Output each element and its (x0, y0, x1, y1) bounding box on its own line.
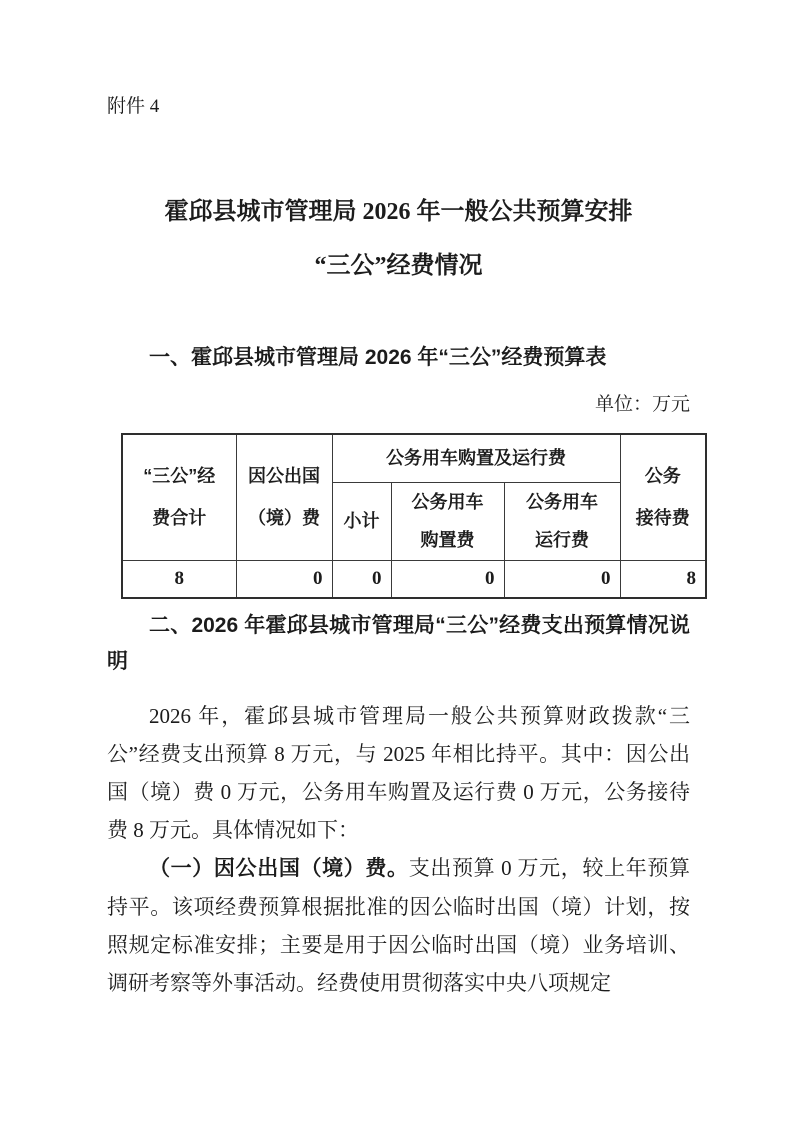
attachment-label: 附件 4 (107, 94, 690, 120)
column-header-subtotal: 小计 (332, 482, 391, 560)
paragraph-abroad: （一）因公出国（境）费。支出预算 0 万元，较上年预算持平。该项经费预算根据批准… (107, 849, 690, 1002)
column-group-header-vehicle: 公务用车购置及运行费 (332, 434, 620, 482)
value-abroad: 0 (236, 560, 332, 598)
unit-note: 单位：万元 (107, 393, 690, 417)
document-page: 附件 4 霍邱县城市管理局 2026 年一般公共预算安排 “三公”经费情况 一、… (0, 0, 793, 1122)
column-header-reception: 公务 接待费 (620, 434, 706, 560)
budget-table: “三公”经 费合计 因公出国 （境）费 公务用车购置及运行费 公务 接待费 小计… (121, 433, 707, 599)
section1-heading: 一、霍邱县城市管理局 2026 年“三公”经费预算表 (107, 344, 690, 372)
document-title-line1: 霍邱县城市管理局 2026 年一般公共预算安排 (107, 185, 690, 239)
value-subtotal: 0 (332, 560, 391, 598)
value-reception: 8 (620, 560, 706, 598)
paragraph-summary: 2026 年，霍邱县城市管理局一般公共预算财政拨款“三公”经费支出预算 8 万元… (107, 697, 690, 849)
document-title: 霍邱县城市管理局 2026 年一般公共预算安排 “三公”经费情况 (107, 185, 690, 293)
value-operation: 0 (504, 560, 620, 598)
paragraph-abroad-lead: （一）因公出国（境）费。 (149, 857, 409, 880)
table-row: 8 0 0 0 0 8 (122, 560, 706, 598)
value-purchase: 0 (391, 560, 504, 598)
value-total: 8 (122, 560, 236, 598)
section2-heading: 二、2026 年霍邱县城市管理局“三公”经费支出预算情况说明 (107, 608, 690, 680)
column-header-operation: 公务用车 运行费 (504, 482, 620, 560)
column-header-abroad: 因公出国 （境）费 (236, 434, 332, 560)
column-header-total: “三公”经 费合计 (122, 434, 236, 560)
column-header-purchase: 公务用车 购置费 (391, 482, 504, 560)
document-title-line2: “三公”经费情况 (107, 239, 690, 293)
